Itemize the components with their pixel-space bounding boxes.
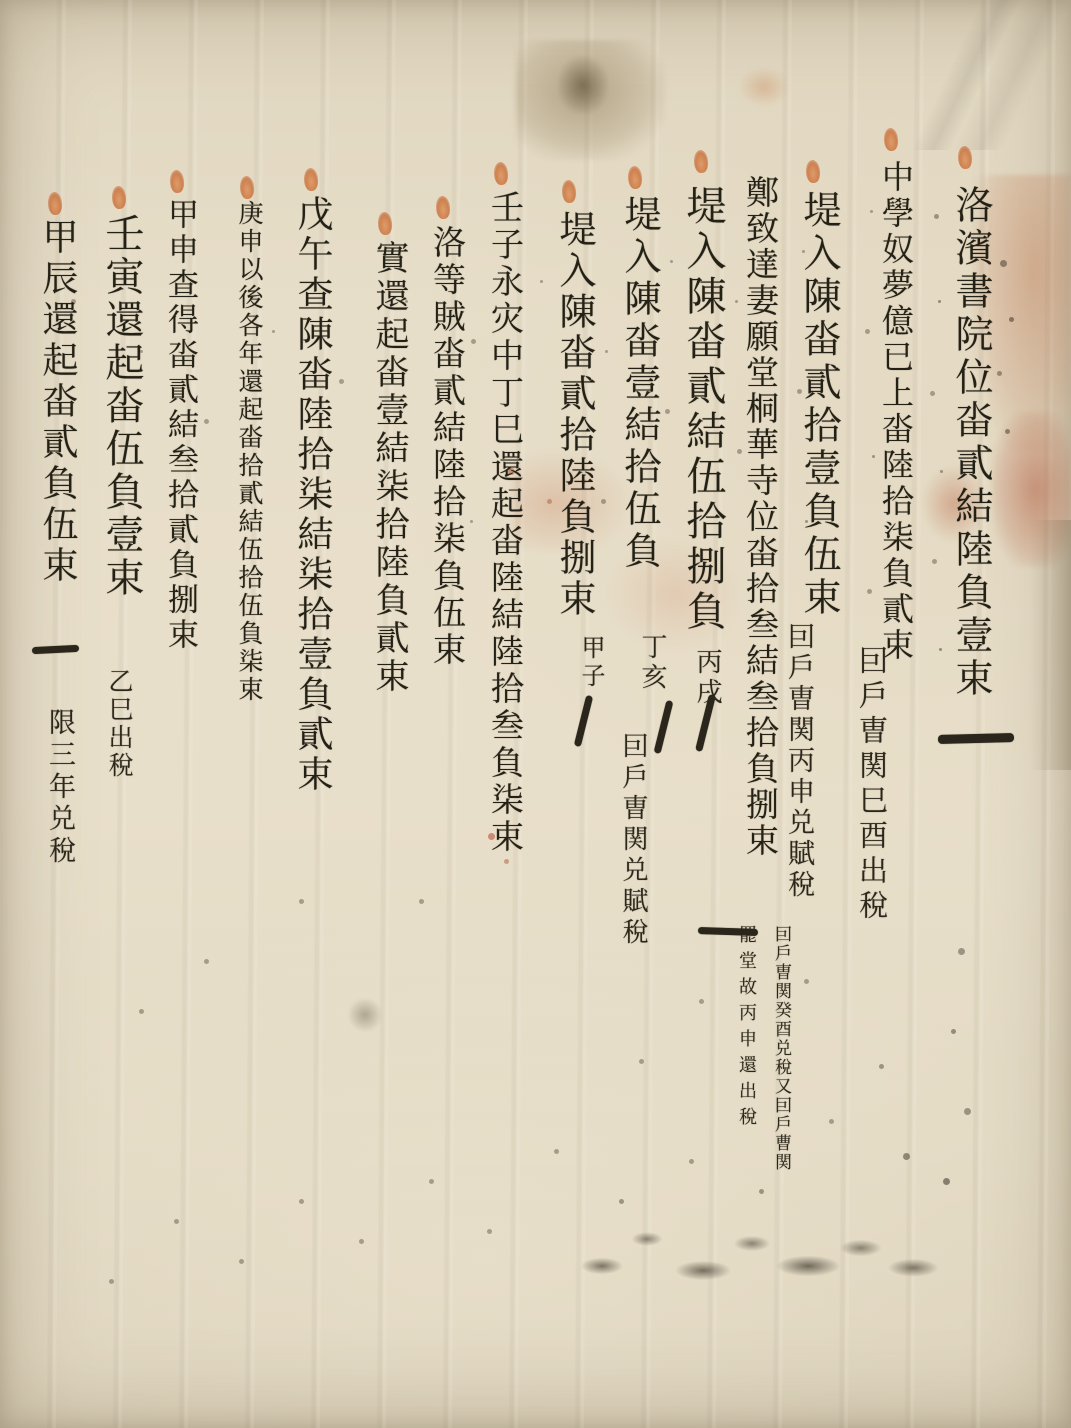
- ledger-page: 洛濱書院位畓貳結陸負壹束 中學奴夢億已上畓陸拾柒負貳束 囙戶曺関巳酉出稅 堤入陳…: [0, 0, 1071, 1428]
- vermilion-mark-10: [377, 212, 393, 236]
- vermilion-mark-15: [47, 192, 63, 216]
- entry-6-note: 囙戶曺関兑賦稅: [620, 732, 646, 949]
- vermilion-mark-6: [627, 166, 643, 190]
- entry-15-note: 限三年兑稅: [46, 708, 73, 868]
- paper-speckles-2: [0, 0, 3, 3]
- ink-dash-entry-5b: [698, 927, 758, 936]
- entry-1-text: 洛濱書院位畓貳結陸負壹束: [951, 185, 989, 701]
- stain-wrinkle-top-right: [875, 0, 1071, 150]
- entry-14-note: 乙巳出稅: [106, 668, 131, 780]
- ink-dash-entry-6: [654, 700, 674, 754]
- stain-bottom-dark-band: [572, 1212, 947, 1302]
- paper-speckles-1: [0, 0, 3, 3]
- entry-12-text: 庚申以後各年還起畓拾貳結伍拾伍負柒束: [236, 200, 261, 704]
- entry-4-note-right: 囙戶曺関癸酉兑稅又囙戶曹関: [773, 925, 790, 1172]
- entry-14-text: 壬寅還起畓伍負壹束: [102, 213, 141, 600]
- vermilion-mark-9: [435, 196, 451, 220]
- entry-6-year: 丁亥: [639, 633, 665, 693]
- stain-top-center-core: [558, 56, 608, 114]
- entry-6-text: 堤入陳畓壹結拾伍負: [620, 195, 657, 573]
- vermilion-mark-3: [805, 160, 821, 184]
- ink-dash-entry-15: [32, 645, 79, 654]
- vermilion-mark-11: [303, 168, 319, 192]
- entry-10-text: 實還起畓壹結柒拾陸負貳束: [371, 240, 405, 696]
- vermilion-mark-2: [883, 128, 899, 152]
- entry-7-year: 甲子: [578, 635, 602, 691]
- entry-3-text: 堤入陳畓貳拾壹負伍束: [799, 190, 837, 620]
- vermilion-mark-7: [561, 180, 577, 204]
- entry-2-note: 囙戶曺関巳酉出稅: [856, 645, 885, 925]
- entry-15-text: 甲辰還起畓貳負伍束: [40, 218, 76, 587]
- vermilion-mark-14: [111, 186, 127, 210]
- stain-top-center: [515, 40, 665, 160]
- entry-9-text: 洛等賊畓貳結陸拾柒負伍束: [429, 225, 462, 669]
- entry-3-note: 囙戶曺関丙申兑賦稅: [785, 622, 812, 901]
- entry-7-text: 堤入陳畓貳拾陸負捌束: [555, 210, 592, 620]
- stain-right-edge-crease: [1030, 520, 1071, 770]
- vermilion-mark-12: [239, 176, 255, 200]
- ink-dash-entry-1: [938, 733, 1014, 744]
- entry-8-text: 壬子永灾中丁巳還起畓陸結陸拾叁負柒束: [487, 190, 520, 856]
- vermilion-mark-1: [957, 146, 973, 170]
- vermilion-mark-8: [493, 162, 509, 186]
- vermilion-mark-5: [693, 150, 709, 174]
- stain-tan-top: [740, 68, 788, 106]
- entry-5-text: 堤入陳畓貳結伍拾捌負: [683, 185, 723, 635]
- entry-2-text: 中學奴夢億已上畓陸拾柒負貳束: [880, 160, 912, 664]
- entry-4-text: 鄭致達妻願堂桐華寺位畓拾叁結叁拾負捌束: [742, 175, 775, 859]
- entry-11-text: 戊午查陳畓陸拾柒結柒拾壹負貳束: [295, 195, 331, 795]
- entry-13-text: 甲申查得畓貳結叁拾貳負捌束: [165, 198, 196, 653]
- vermilion-mark-13: [169, 170, 185, 194]
- stain-gray-blob-left: [348, 998, 382, 1032]
- ink-dash-entry-7: [574, 695, 593, 747]
- entry-4-note-left: 罷堂故丙申還出稅: [738, 925, 756, 1133]
- stain-rust-right-lower: [992, 412, 1071, 567]
